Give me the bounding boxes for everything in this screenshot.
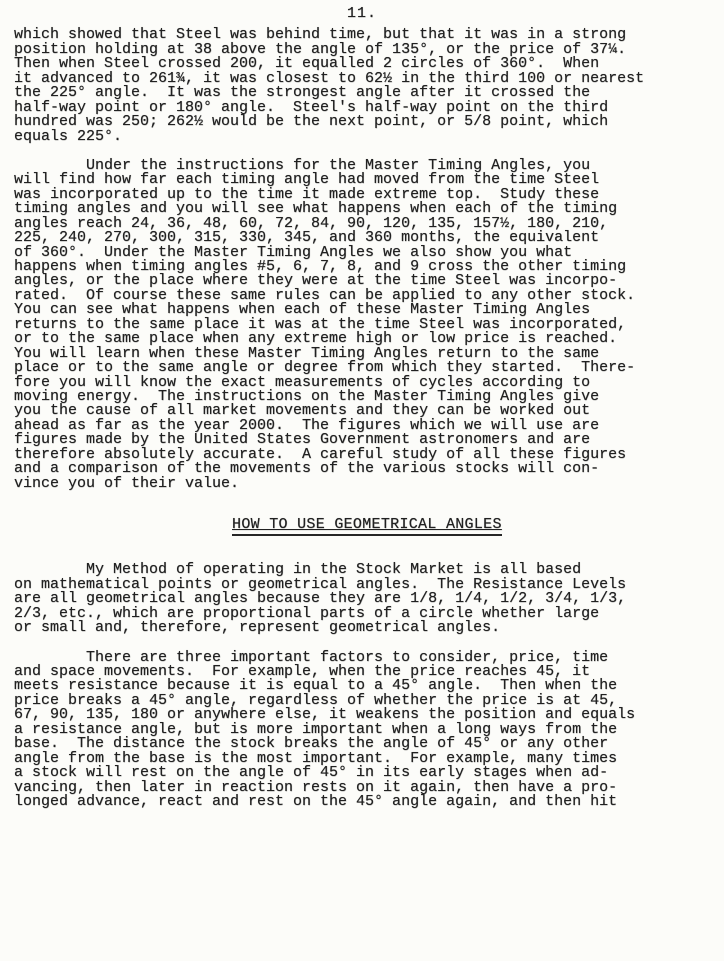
paragraph-master-timing-angles: Under the instructions for the Master Ti… [14,159,724,491]
section-heading: HOW TO USE GEOMETRICAL ANGLES [232,518,502,535]
text-line: equals 225°. [14,130,724,144]
text-line: vince you of their value. [14,477,724,491]
text-line: longed advance, react and rest on the 45… [14,795,724,809]
section-heading-row: HOW TO USE GEOMETRICAL ANGLES [196,504,724,550]
paragraph-steel-angles: which showed that Steel was behind time,… [14,28,724,144]
paragraph-geometrical-method: My Method of operating in the Stock Mark… [14,563,724,635]
document-page: 11. which showed that Steel was behind t… [0,0,724,961]
page-number: 11. [0,0,724,21]
text-line: or small and, therefore, represent geome… [14,621,724,635]
paragraph-three-factors: There are three important factors to con… [14,651,724,810]
